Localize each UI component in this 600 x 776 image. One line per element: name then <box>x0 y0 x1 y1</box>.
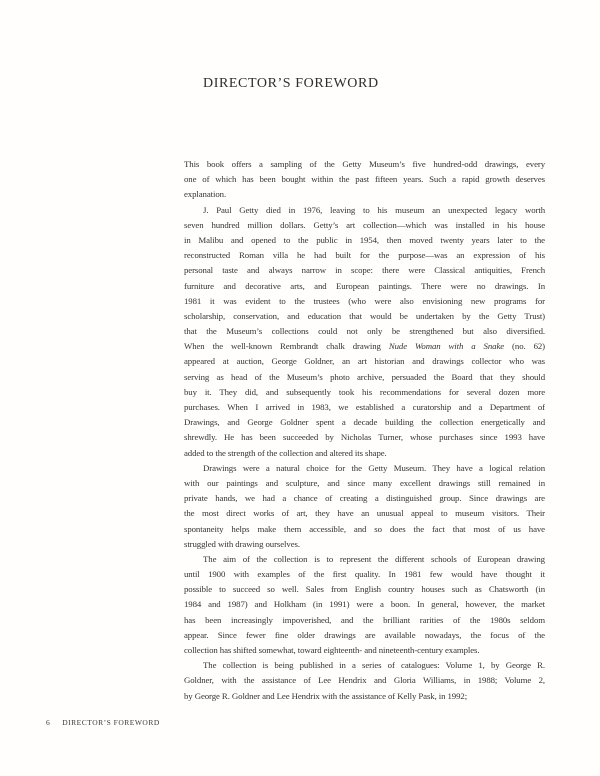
text-line: one of which has been bought within the … <box>184 172 545 187</box>
text-line: This book offers a sampling of the Getty… <box>184 157 545 172</box>
text-line: 1981 it was evident to the trustees (who… <box>184 294 545 309</box>
text-line: appear. Since fewer fine older drawings … <box>184 628 545 643</box>
text-line: furniture and decorative arts, and Europ… <box>184 279 545 294</box>
text-line: possible to succeed so well. Sales from … <box>184 582 545 597</box>
body-text: This book offers a sampling of the Getty… <box>184 157 545 704</box>
text-line: buy it. They did, and subsequently took … <box>184 385 545 400</box>
text-line: explanation. <box>184 187 545 202</box>
text-line: purchases. When I arrived in 1983, we es… <box>184 400 545 415</box>
text-line: added to the strength of the collection … <box>184 446 545 461</box>
text-line: Goldner, with the assistance of Lee Hend… <box>184 673 545 688</box>
text-line: J. Paul Getty died in 1976, leaving to h… <box>184 203 545 218</box>
text-line: struggled with drawing ourselves. <box>184 537 545 552</box>
text-line: serving as head of the Museum’s photo ar… <box>184 370 545 385</box>
paragraph: J. Paul Getty died in 1976, leaving to h… <box>184 203 545 461</box>
page-title: DIRECTOR’S FOREWORD <box>203 76 379 92</box>
text-line: the most direct works of art, they have … <box>184 506 545 521</box>
text-line: The aim of the collection is to represen… <box>184 552 545 567</box>
text-line: until 1900 with examples of the first qu… <box>184 567 545 582</box>
text-line: Drawings were a natural choice for the G… <box>184 461 545 476</box>
text-line: has been increasingly impoverished, and … <box>184 613 545 628</box>
text-line: The collection is being published in a s… <box>184 658 545 673</box>
text-line: that the Museum’s collections could not … <box>184 324 545 339</box>
text-line: collection has shifted somewhat, toward … <box>184 643 545 658</box>
running-footer: 6DIRECTOR’S FOREWORD <box>46 718 160 727</box>
footer-section-label: DIRECTOR’S FOREWORD <box>62 718 160 727</box>
text-line: appeared at auction, George Goldner, an … <box>184 354 545 369</box>
text-line: with our paintings and sculpture, and si… <box>184 476 545 491</box>
text-line: reconstructed Roman villa he had built f… <box>184 248 545 263</box>
text-line: by George R. Goldner and Lee Hendrix wit… <box>184 689 545 704</box>
text-line: spontaneity helps make them accessible, … <box>184 522 545 537</box>
text-line: shrewdly. He has been succeeded by Nicho… <box>184 430 545 445</box>
paragraph: This book offers a sampling of the Getty… <box>184 157 545 203</box>
paragraph: The collection is being published in a s… <box>184 658 545 704</box>
paragraph: Drawings were a natural choice for the G… <box>184 461 545 552</box>
book-page: DIRECTOR’S FOREWORD This book offers a s… <box>0 0 600 776</box>
text-line: in Malibu and opened to the public in 19… <box>184 233 545 248</box>
text-line: Drawings, and George Goldner spent a dec… <box>184 415 545 430</box>
text-line: seven hundred million dollars. Getty’s a… <box>184 218 545 233</box>
text-line: scholarship, conservation, and education… <box>184 309 545 324</box>
text-line: 1984 and 1987) and Holkham (in 1991) wer… <box>184 597 545 612</box>
text-line: personal taste and always narrow in scop… <box>184 263 545 278</box>
paragraph: The aim of the collection is to represen… <box>184 552 545 658</box>
footer-page-number: 6 <box>46 718 50 727</box>
text-line: When the well-known Rembrandt chalk draw… <box>184 339 545 354</box>
text-line: private hands, we had a chance of creati… <box>184 491 545 506</box>
